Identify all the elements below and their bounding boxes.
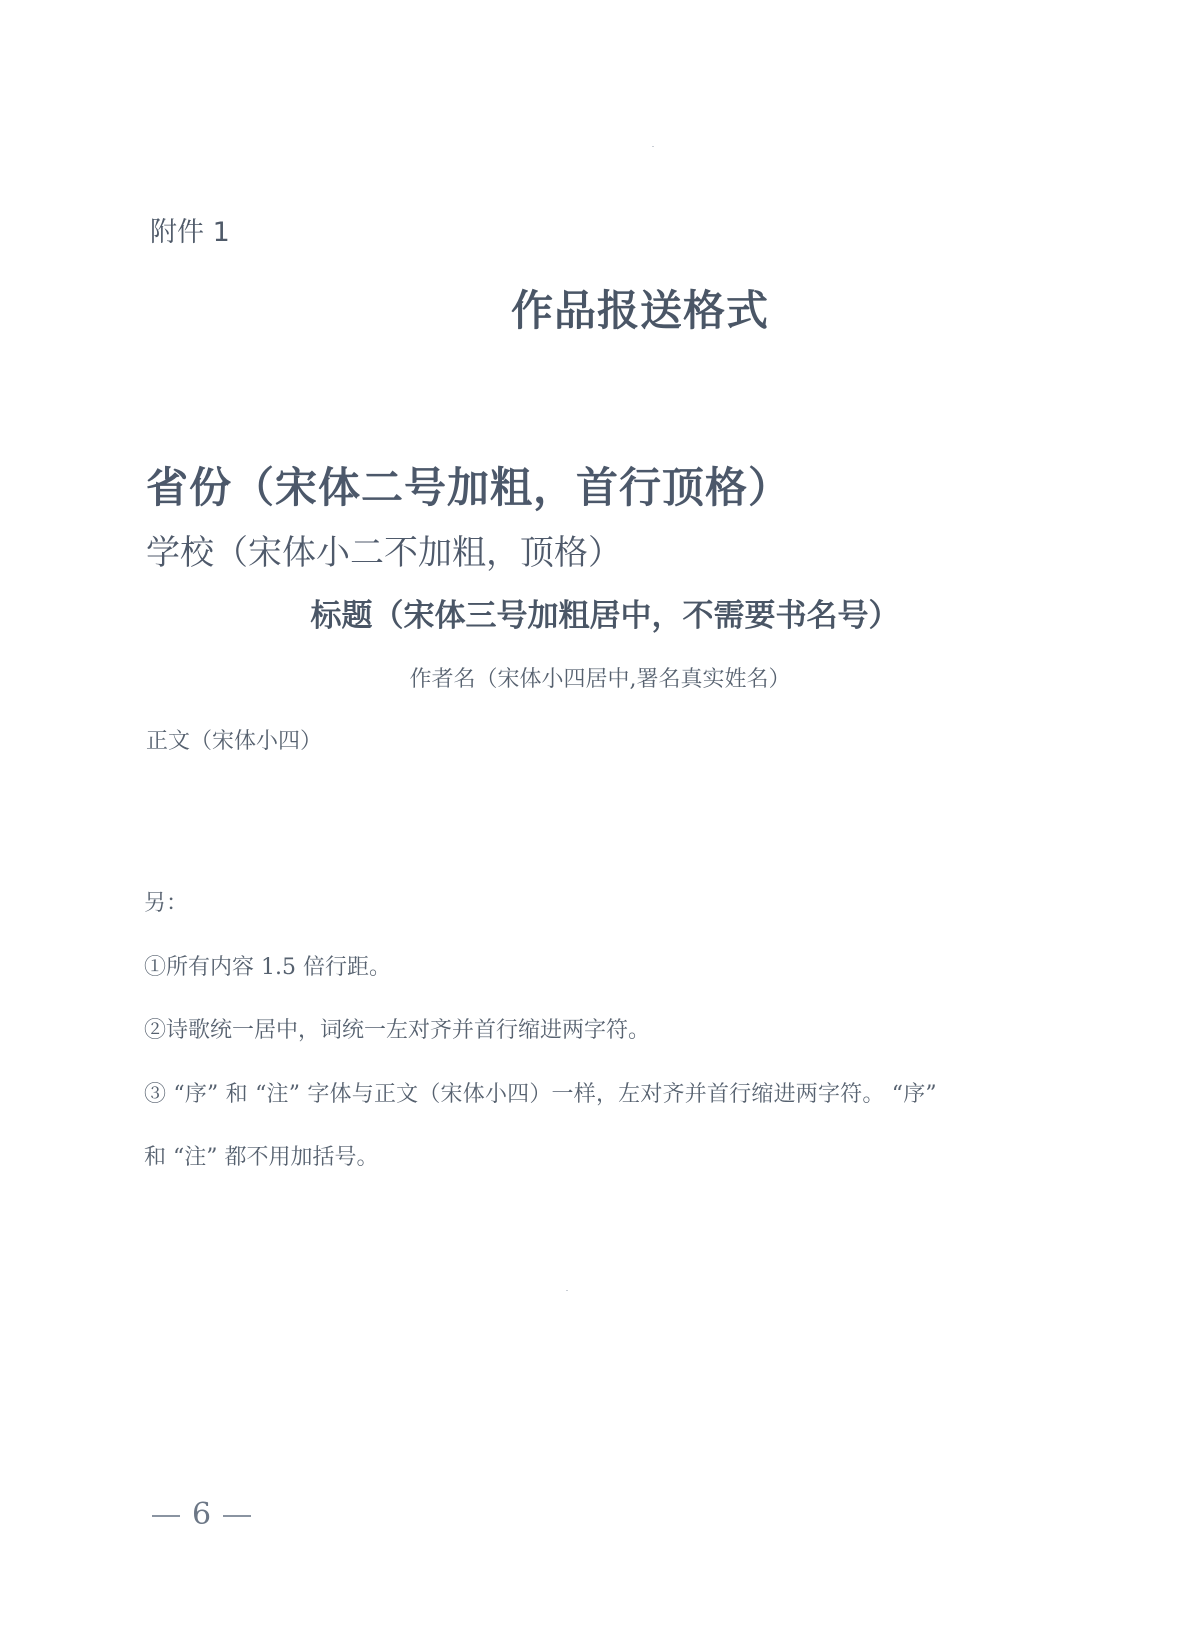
article-title-line: 标题（宋体三号加粗居中，不需要书名号） (0, 590, 1190, 635)
note-item-3-continued: 和 “注” 都不用加括号。 (144, 1140, 378, 1171)
attachment-label: 附件 1 (150, 210, 230, 249)
dash-right (223, 1515, 251, 1517)
page-number-value: 6 (192, 1497, 211, 1532)
note-item-1: ①所有内容 1.5 倍行距。 (144, 950, 391, 981)
province-line: 省份（宋体二号加粗，首行顶格） (146, 455, 791, 515)
body-text-line: 正文（宋体小四） (146, 724, 322, 755)
note-item-3: ③ “序” 和 “注” 字体与正文（宋体小四）一样，左对齐并首行缩进两字符。 “… (144, 1077, 937, 1108)
page-title: 作品报送格式 (0, 278, 1190, 338)
scan-speck (566, 1290, 568, 1291)
scan-speck (652, 146, 654, 147)
notes-heading: 另： (144, 886, 188, 917)
author-line: 作者名（宋体小四居中,署名真实姓名） (0, 662, 1190, 693)
page-number: 6 (140, 1497, 263, 1532)
school-line: 学校（宋体小二不加粗，顶格） (146, 525, 622, 574)
note-item-2: ②诗歌统一居中，词统一左对齐并首行缩进两字符。 (144, 1013, 650, 1044)
dash-left (152, 1515, 180, 1517)
